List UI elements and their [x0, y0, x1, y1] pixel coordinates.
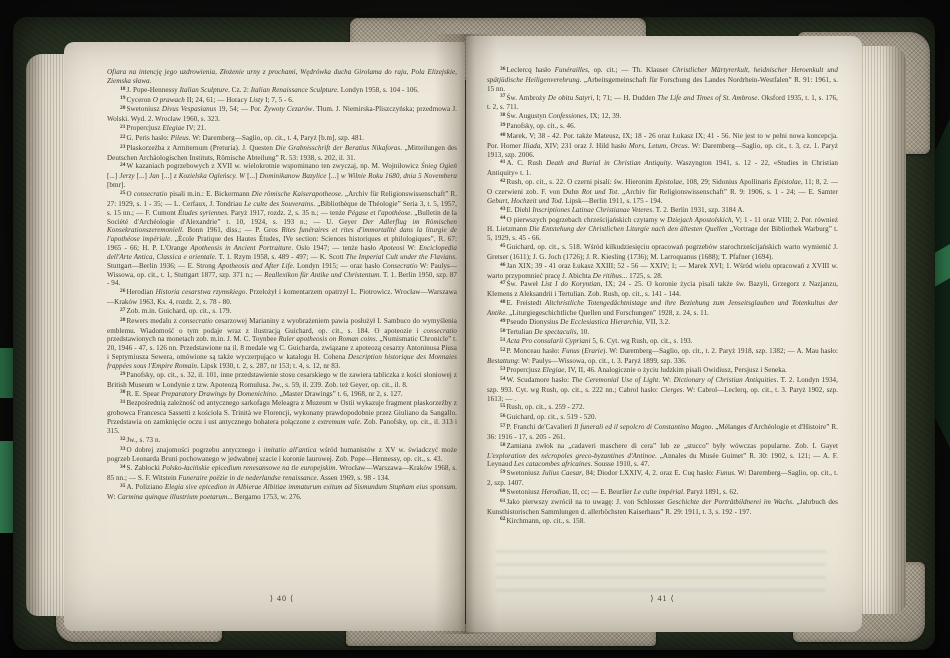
footnote-number: 50 — [500, 328, 507, 334]
footnote-item: 37Św. Ambroży De obitu Satyri, I; 71; — … — [487, 94, 838, 113]
continuation-paragraph: Ofiara na intencję jego uzdrowienia, Zło… — [107, 68, 457, 86]
footnote-item: 45Guichard, op. cit., s. 518. Wśród kilk… — [487, 243, 838, 262]
footnote-item: 38Św. Augustyn Confessiones, IX; 12, 39. — [487, 112, 838, 122]
footnote-text: Bezpośrednią zależność od antycznego sar… — [107, 399, 457, 435]
footnote-text: Panofsky, op. cit., s. 46. — [507, 122, 576, 130]
footnote-item: 40Marek, V; 38 - 42. Por. także Mateusz,… — [487, 132, 838, 160]
page-number-left: ⟩ 40 ⟨ — [107, 594, 457, 603]
footnote-text: Pseudo Dionysius De Ecclesiastica Hierar… — [507, 318, 671, 326]
footnote-text: Św. Paweł List I do Koryntian, IX; 24 - … — [487, 280, 838, 298]
footnote-number: 44 — [500, 215, 507, 221]
footnote-text: Rush, op. cit., s. 22. O czerni pisali: … — [487, 178, 838, 205]
footnote-item: 34S. Zabłocki Polsko-łacińskie epicedium… — [107, 464, 457, 483]
footnote-number: 31 — [120, 399, 127, 405]
footnote-number: 56 — [500, 413, 507, 419]
footnote-item: 24W kazaniach pogrzebowych z XVII w. wie… — [107, 162, 457, 190]
footnote-item: 33O dobrej znajomości pogrzebu antyczneg… — [107, 446, 457, 465]
footnote-number: 26 — [120, 288, 127, 294]
footnote-number: 54 — [500, 376, 507, 382]
footnote-number: 18 — [120, 86, 127, 92]
footnote-item: 50Tertulian De spectaculis, 10. — [487, 328, 838, 338]
footnote-number: 42 — [500, 178, 507, 184]
footnote-number: 55 — [500, 403, 507, 409]
footnote-number: 58 — [500, 442, 507, 448]
footnote-number: 22 — [120, 134, 127, 140]
footnote-number: 39 — [500, 122, 507, 128]
footnote-item: 61Jako pierwszy zwrócił na to uwagę: J. … — [487, 498, 838, 517]
footnote-number: 25 — [120, 190, 127, 196]
footnote-item: 60Swetoniusz Herodian, II, cc; — E. Beur… — [487, 488, 838, 498]
footnote-text: W kazaniach pogrzebowych z XVII w. wielo… — [107, 162, 457, 189]
footnote-number: 52 — [500, 347, 507, 353]
footnote-number: 38 — [500, 112, 507, 118]
footnote-number: 51 — [500, 337, 507, 343]
footnote-text: P. Franchi de'Cavalieri Il funerali ed i… — [487, 423, 838, 441]
footnote-item: 41A. C. Rush Death and Burial in Christi… — [487, 159, 838, 178]
footnote-text: Św. Ambroży De obitu Satyri, I; 71; — H.… — [487, 94, 838, 112]
right-page: 36Leclercq hasło Funérailles, op. cit.; … — [466, 36, 862, 632]
footnote-text: Cyceron O prawach II; 24, 61; — Horacy L… — [127, 96, 294, 104]
footnote-number: 21 — [120, 124, 127, 130]
footnote-number: 60 — [500, 488, 507, 494]
footnote-number: 47 — [500, 280, 507, 286]
footnote-number: 33 — [120, 446, 127, 452]
footnote-text: Św. Augustyn Confessiones, IX; 12, 39. — [507, 112, 622, 120]
footnote-text: Guichard, op. cit., s. 518. Wśród kilkud… — [487, 243, 838, 261]
footnote-text: Płaskorzeźba z Armiternum (Preturia). J.… — [107, 144, 457, 162]
footnote-number: 28 — [120, 317, 127, 323]
footnote-text: Propercjusz Elegiae IV; 21. — [127, 124, 207, 132]
footnote-number: 20 — [120, 105, 127, 111]
footnote-text: Propercjusz Elegiae, IV, II, 46. Analogi… — [507, 366, 787, 374]
right-footnotes: 36Leclercq hasło Funérailles, op. cit.; … — [487, 66, 838, 526]
footnote-item: 32Jw., s. 73 n. — [107, 436, 457, 446]
footnote-text: Acta Pro consularii Cypriani 5, 6. Cyt. … — [507, 337, 693, 345]
footnote-item: 62Kirchmann, op. cit., s. 158. — [487, 517, 838, 527]
footnote-item: 18J. Pope-Hennessy Italian Sculpture. Cz… — [107, 86, 457, 96]
footnote-number: 46 — [500, 262, 507, 268]
footnote-text: O consecratio pisali m.in.: E. Bickerman… — [107, 190, 457, 287]
footnote-text: O dobrej znajomości pogrzebu antycznego … — [107, 446, 457, 464]
footnote-text: Jako pierwszy zwrócił na to uwagę: J. vo… — [487, 498, 838, 516]
footnote-item: 52P. Monceau hasło: Funus (Erarie). W: D… — [487, 347, 838, 366]
footnote-number: 30 — [120, 389, 127, 395]
footnote-item: 30R. E. Spear Preparatory Drawings by Do… — [107, 390, 457, 400]
footnote-text: S. Zabłocki Polsko-łacińskie epicedium r… — [107, 464, 457, 482]
footnote-text: G. Peris hasło: Pileus. W: Daremberg—Sag… — [127, 134, 365, 142]
footnote-text: J. Pope-Hennessy Italian Sculpture. Cz. … — [127, 86, 419, 94]
footnote-item: 23Płaskorzeźba z Armiternum (Preturia). … — [107, 144, 457, 163]
footnote-text: W. Scudamore hasło: The Ceremonial Use o… — [487, 376, 838, 403]
footnote-number: 43 — [500, 206, 507, 212]
footnote-item: 31Bezpośrednią zależność od antycznego s… — [107, 399, 457, 435]
footnote-item: 27Zob. m.in. Guichard, op. cit., s. 179. — [107, 307, 457, 317]
footnote-text: Swetoniusz Julius Caesar, 84; Diodor LXX… — [487, 469, 838, 487]
footnote-item: 47Św. Paweł List I do Koryntian, IX; 24 … — [487, 280, 838, 299]
footnote-number: 48 — [500, 299, 507, 305]
footnote-text: Herodian Historia cesarstwa rzymskiego. … — [107, 288, 457, 306]
footnote-number: 35 — [120, 483, 127, 489]
footnote-item: 55Rush, op. cit., s. 259 - 272. — [487, 403, 838, 413]
footnote-number: 53 — [500, 366, 507, 372]
footnote-number: 61 — [500, 498, 507, 504]
footnote-text: Guichard, op. cit., s. 519 - 520. — [507, 413, 597, 421]
footnote-number: 29 — [120, 371, 127, 377]
footnote-text: Kirchmann, op. cit., s. 158. — [507, 517, 586, 525]
footnote-text: A. Poliziano Elegia sive epicedion in Al… — [107, 483, 457, 501]
footnote-number: 23 — [120, 144, 127, 150]
footnote-item: 35A. Poliziano Elegia sive epicedion in … — [107, 483, 457, 502]
footnote-number: 36 — [500, 66, 507, 72]
footnote-number: 59 — [500, 469, 507, 475]
footnote-item: 51Acta Pro consularii Cypriani 5, 6. Cyt… — [487, 337, 838, 347]
footnote-item: 56Guichard, op. cit., s. 519 - 520. — [487, 413, 838, 423]
footnote-item: 49Pseudo Dionysius De Ecclesiastica Hier… — [487, 318, 838, 328]
footnote-number: 41 — [500, 159, 507, 165]
reverse-side-show-through — [496, 550, 826, 596]
footnote-text: Jw., s. 73 n. — [127, 436, 161, 444]
footnote-item: 20Swetoniusz Divus Vespasianus 19, 54; —… — [107, 105, 457, 124]
footnote-number: 37 — [500, 93, 507, 99]
footnote-number: 19 — [120, 95, 127, 101]
footnote-text: Tertulian De spectaculis, 10. — [507, 328, 590, 336]
footnote-number: 34 — [120, 464, 127, 470]
footnote-text: R. E. Spear Preparatory Drawings by Dome… — [127, 390, 403, 398]
footnote-text: P. Monceau hasło: Funus (Erarie). W: Dar… — [487, 347, 838, 365]
page-edge-stack-left — [26, 54, 68, 616]
footnote-item: 58Zamiana zwłok na „cadaveri maschere di… — [487, 442, 838, 470]
footnote-item: 48E. Freistedt Altchristliche Totengedäc… — [487, 299, 838, 318]
footnote-text: A. C. Rush Death and Burial in Christian… — [487, 159, 838, 177]
footnote-item: 59Swetoniusz Julius Caesar, 84; Diodor L… — [487, 469, 838, 488]
footnote-item: 57P. Franchi de'Cavalieri Il funerali ed… — [487, 423, 838, 442]
footnote-item: 42Rush, op. cit., s. 22. O czerni pisali… — [487, 178, 838, 206]
footnote-item: 43E. Diehl Inscriptiones Latinae Christi… — [487, 206, 838, 216]
book-photo: Ofiara na intencję jego uzdrowienia, Zło… — [0, 0, 950, 658]
footnote-text: O pierwszych pogrzebach chrześcijańskich… — [487, 216, 838, 243]
right-page-text: 36Leclercq hasło Funérailles, op. cit.; … — [487, 66, 838, 526]
footnote-item: 28Rewers medalu z consecratio cesarzowej… — [107, 317, 457, 371]
footnote-item: 39Panofsky, op. cit., s. 46. — [487, 122, 838, 132]
footnote-text: E. Freistedt Altchristliche Totengedächt… — [487, 299, 838, 317]
footnote-number: 27 — [120, 307, 127, 313]
footnote-number: 45 — [500, 243, 507, 249]
footnote-text: Zob. m.in. Guichard, op. cit., s. 179. — [127, 307, 232, 315]
footnote-item: 53Propercjusz Elegiae, IV, II, 46. Analo… — [487, 366, 838, 376]
footnote-item: 46Jan XIX; 39 - 41 oraz Łukasz XXIII; 52… — [487, 262, 838, 281]
footnote-item: 26Herodian Historia cesarstwa rzymskiego… — [107, 288, 457, 307]
footnote-number: 49 — [500, 318, 507, 324]
footnote-text: Jan XIX; 39 - 41 oraz Łukasz XXIII; 52 -… — [487, 262, 838, 280]
footnote-number: 24 — [120, 162, 127, 168]
footnote-item: 21Propercjusz Elegiae IV; 21. — [107, 124, 457, 134]
footnote-text: Marek, V; 38 - 42. Por. także Mateusz, I… — [487, 132, 838, 159]
footnote-text: Swetoniusz Divus Vespasianus 19, 54; — P… — [107, 105, 457, 123]
footnote-item: 22G. Peris hasło: Pileus. W: Daremberg—S… — [107, 134, 457, 144]
footnote-text: Rewers medalu z consecratio cesarzowej M… — [107, 317, 457, 370]
footnote-text: Rush, op. cit., s. 259 - 272. — [507, 403, 585, 411]
left-footnotes: 18J. Pope-Hennessy Italian Sculpture. Cz… — [107, 86, 457, 502]
footnote-item: 44O pierwszych pogrzebach chrześcijański… — [487, 216, 838, 244]
page-number-right: ⟩ 41 ⟨ — [487, 594, 838, 603]
footnote-text: Zamiana zwłok na „cadaveri maschere di c… — [487, 442, 838, 469]
footnote-number: 57 — [500, 423, 507, 429]
left-page-text: Ofiara na intencję jego uzdrowienia, Zło… — [107, 68, 457, 502]
footnote-item: 29Panofsky, op. cit., s. 32, il. 101, in… — [107, 371, 457, 390]
footnote-text: E. Diehl Inscriptiones Latinae Christian… — [507, 206, 745, 214]
footnote-text: Leclercq hasło Funérailles, op. cit.; — … — [487, 66, 838, 93]
footnote-text: Swetoniusz Herodian, II, cc; — E. Beurli… — [507, 488, 739, 496]
left-page: Ofiara na intencję jego uzdrowienia, Zło… — [64, 42, 465, 631]
footnote-number: 32 — [120, 436, 127, 442]
footnote-item: 36Leclercq hasło Funérailles, op. cit.; … — [487, 66, 838, 94]
footnote-text: Panofsky, op. cit., s. 32, il. 101, inne… — [107, 371, 457, 389]
page-edge-stack-right — [856, 46, 906, 614]
footnote-item: 54W. Scudamore hasło: The Ceremonial Use… — [487, 376, 838, 404]
footnote-item: 25O consecratio pisali m.in.: E. Bickerm… — [107, 190, 457, 288]
footnote-number: 40 — [500, 132, 507, 138]
footnote-number: 62 — [500, 516, 507, 522]
footnote-item: 19Cyceron O prawach II; 24, 61; — Horacy… — [107, 96, 457, 106]
